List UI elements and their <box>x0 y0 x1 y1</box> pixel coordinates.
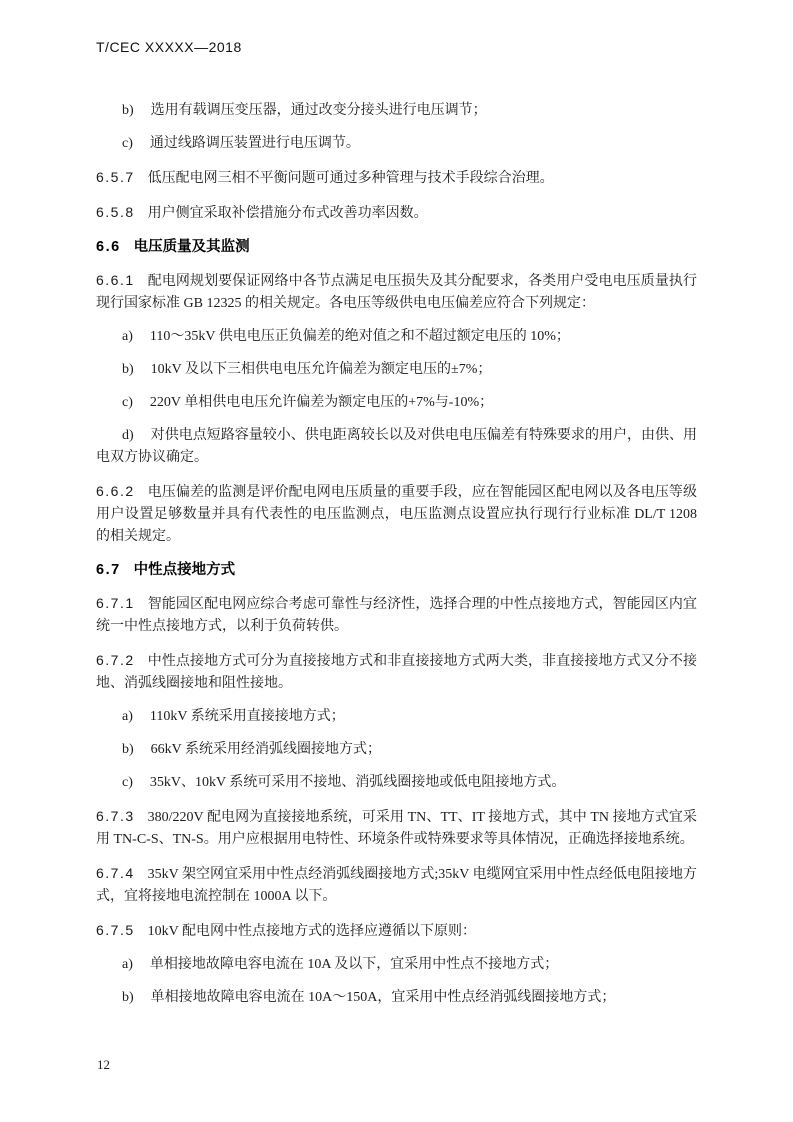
list-label: c) <box>122 775 133 790</box>
list-label: b) <box>122 362 134 377</box>
list-label: c) <box>122 395 133 410</box>
clause-number: 6.6.2 <box>96 483 135 499</box>
list-text: 66kV 系统采用经消弧线圈接地方式； <box>151 742 381 757</box>
list-item: a)单相接地故障电容电流在 10A 及以下，宜采用中性点不接地方式； <box>96 954 697 976</box>
clause: 6.7.3380/220V 配电网为直接接地系统，可采用 TN、TT、IT 接地… <box>96 805 697 851</box>
list-label: a) <box>122 709 133 724</box>
list-label: b) <box>122 103 134 118</box>
list-text: 110～35kV 供电电压正负偏差的绝对值之和不超过额定电压的 10%； <box>150 329 570 344</box>
list-item: c)35kV、10kV 系统可采用不接地、消弧线圈接地或低电阻接地方式。 <box>96 772 697 794</box>
list-text: 单相接地故障电容电流在 10A 及以下，宜采用中性点不接地方式； <box>150 957 558 972</box>
list-item: b)66kV 系统采用经消弧线圈接地方式； <box>96 739 697 761</box>
page-number: 12 <box>97 1057 110 1073</box>
clause-text: 用户侧宜采取补偿措施分布式改善功率因数。 <box>148 206 428 221</box>
section-title: 中性点接地方式 <box>134 562 236 578</box>
clause-text: 35kV 架空网宜采用中性点经消弧线圈接地方式;35kV 电缆网宜采用中性点经低… <box>96 867 697 904</box>
list-label: c) <box>122 136 133 151</box>
clause-number: 6.5.7 <box>96 169 135 185</box>
clause-text: 配电网规划要保证网络中各节点满足电压损失及其分配要求，各类用户受电电压质量执行现… <box>96 274 697 311</box>
document-header: T/CEC XXXXX—2018 <box>96 40 697 55</box>
clause-text: 电压偏差的监测是评价配电网电压质量的重要手段，应在智能园区配电网以及各电压等级用… <box>96 485 697 544</box>
document-body: b)选用有载调压变压器，通过改变分接头进行电压调节； c)通过线路调压装置进行电… <box>96 100 697 1009</box>
clause: 6.7.1智能园区配电网应综合考虑可靠性与经济性，选择合理的中性点接地方式，智能… <box>96 592 697 638</box>
clause-number: 6.6.1 <box>96 272 135 288</box>
clause-number: 6.5.8 <box>96 204 135 220</box>
clause-number: 6.7.4 <box>96 865 135 881</box>
clause-text: 中性点接地方式可分为直接接地方式和非直接接地方式两大类，非直接接地方式又分不接地… <box>96 654 697 691</box>
clause-text: 380/220V 配电网为直接接地系统，可采用 TN、TT、IT 接地方式，其中… <box>96 810 697 847</box>
clause: 6.5.8用户侧宜采取补偿措施分布式改善功率因数。 <box>96 201 697 225</box>
clause-number: 6.7.5 <box>96 922 135 938</box>
list-text: 220V 单相供电电压允许偏差为额定电压的+7%与-10%； <box>150 395 493 410</box>
section-heading: 6.6电压质量及其监测 <box>96 236 697 258</box>
list-item: b)10kV 及以下三相供电电压允许偏差为额定电压的±7%； <box>96 359 697 381</box>
clause: 6.6.2电压偏差的监测是评价配电网电压质量的重要手段，应在智能园区配电网以及各… <box>96 480 697 548</box>
section-number: 6.6 <box>96 239 121 255</box>
clause-number: 6.7.2 <box>96 652 135 668</box>
list-item: a)110kV 系统采用直接接地方式； <box>96 706 697 728</box>
document-page: T/CEC XXXXX—2018 b)选用有载调压变压器，通过改变分接头进行电压… <box>0 0 793 1122</box>
list-label: d) <box>122 428 134 443</box>
list-text: 选用有载调压变压器，通过改变分接头进行电压调节； <box>151 103 487 118</box>
list-label: b) <box>122 742 134 757</box>
clause: 6.5.7低压配电网三相不平衡问题可通过多种管理与技术手段综合治理。 <box>96 166 697 190</box>
clause: 6.6.1配电网规划要保证网络中各节点满足电压损失及其分配要求，各类用户受电电压… <box>96 269 697 315</box>
clause-number: 6.7.1 <box>96 595 135 611</box>
clause: 6.7.435kV 架空网宜采用中性点经消弧线圈接地方式;35kV 电缆网宜采用… <box>96 862 697 908</box>
list-text: 35kV、10kV 系统可采用不接地、消弧线圈接地或低电阻接地方式。 <box>150 775 565 790</box>
section-title: 电压质量及其监测 <box>134 239 250 255</box>
list-text: 10kV 及以下三相供电电压允许偏差为额定电压的±7%； <box>151 362 492 377</box>
list-item: d)对供电点短路容量较小、供电距离较长以及对供电电压偏差有特殊要求的用户，由供、… <box>96 425 697 469</box>
clause-text: 10kV 配电网中性点接地方式的选择应遵循以下原则： <box>148 924 476 939</box>
clause-text: 智能园区配电网应综合考虑可靠性与经济性，选择合理的中性点接地方式，智能园区内宜统… <box>96 597 697 634</box>
list-text: 对供电点短路容量较小、供电距离较长以及对供电电压偏差有特殊要求的用户，由供、用电… <box>96 428 697 465</box>
list-label: b) <box>122 990 134 1005</box>
list-item: b)单相接地故障电容电流在 10A～150A，宜采用中性点经消弧线圈接地方式； <box>96 987 697 1009</box>
section-heading: 6.7中性点接地方式 <box>96 559 697 581</box>
list-text: 通过线路调压装置进行电压调节。 <box>150 136 360 151</box>
clause-number: 6.7.3 <box>96 808 135 824</box>
list-item: c)通过线路调压装置进行电压调节。 <box>96 133 697 155</box>
list-text: 单相接地故障电容电流在 10A～150A，宜采用中性点经消弧线圈接地方式； <box>151 990 616 1005</box>
list-item: a)110～35kV 供电电压正负偏差的绝对值之和不超过额定电压的 10%； <box>96 326 697 348</box>
list-label: a) <box>122 329 133 344</box>
list-label: a) <box>122 957 133 972</box>
list-item: b)选用有载调压变压器，通过改变分接头进行电压调节； <box>96 100 697 122</box>
clause: 6.7.2中性点接地方式可分为直接接地方式和非直接接地方式两大类，非直接接地方式… <box>96 649 697 695</box>
section-number: 6.7 <box>96 562 121 578</box>
clause: 6.7.510kV 配电网中性点接地方式的选择应遵循以下原则： <box>96 919 697 943</box>
list-item: c)220V 单相供电电压允许偏差为额定电压的+7%与-10%； <box>96 392 697 414</box>
list-text: 110kV 系统采用直接接地方式； <box>150 709 345 724</box>
clause-text: 低压配电网三相不平衡问题可通过多种管理与技术手段综合治理。 <box>148 171 554 186</box>
